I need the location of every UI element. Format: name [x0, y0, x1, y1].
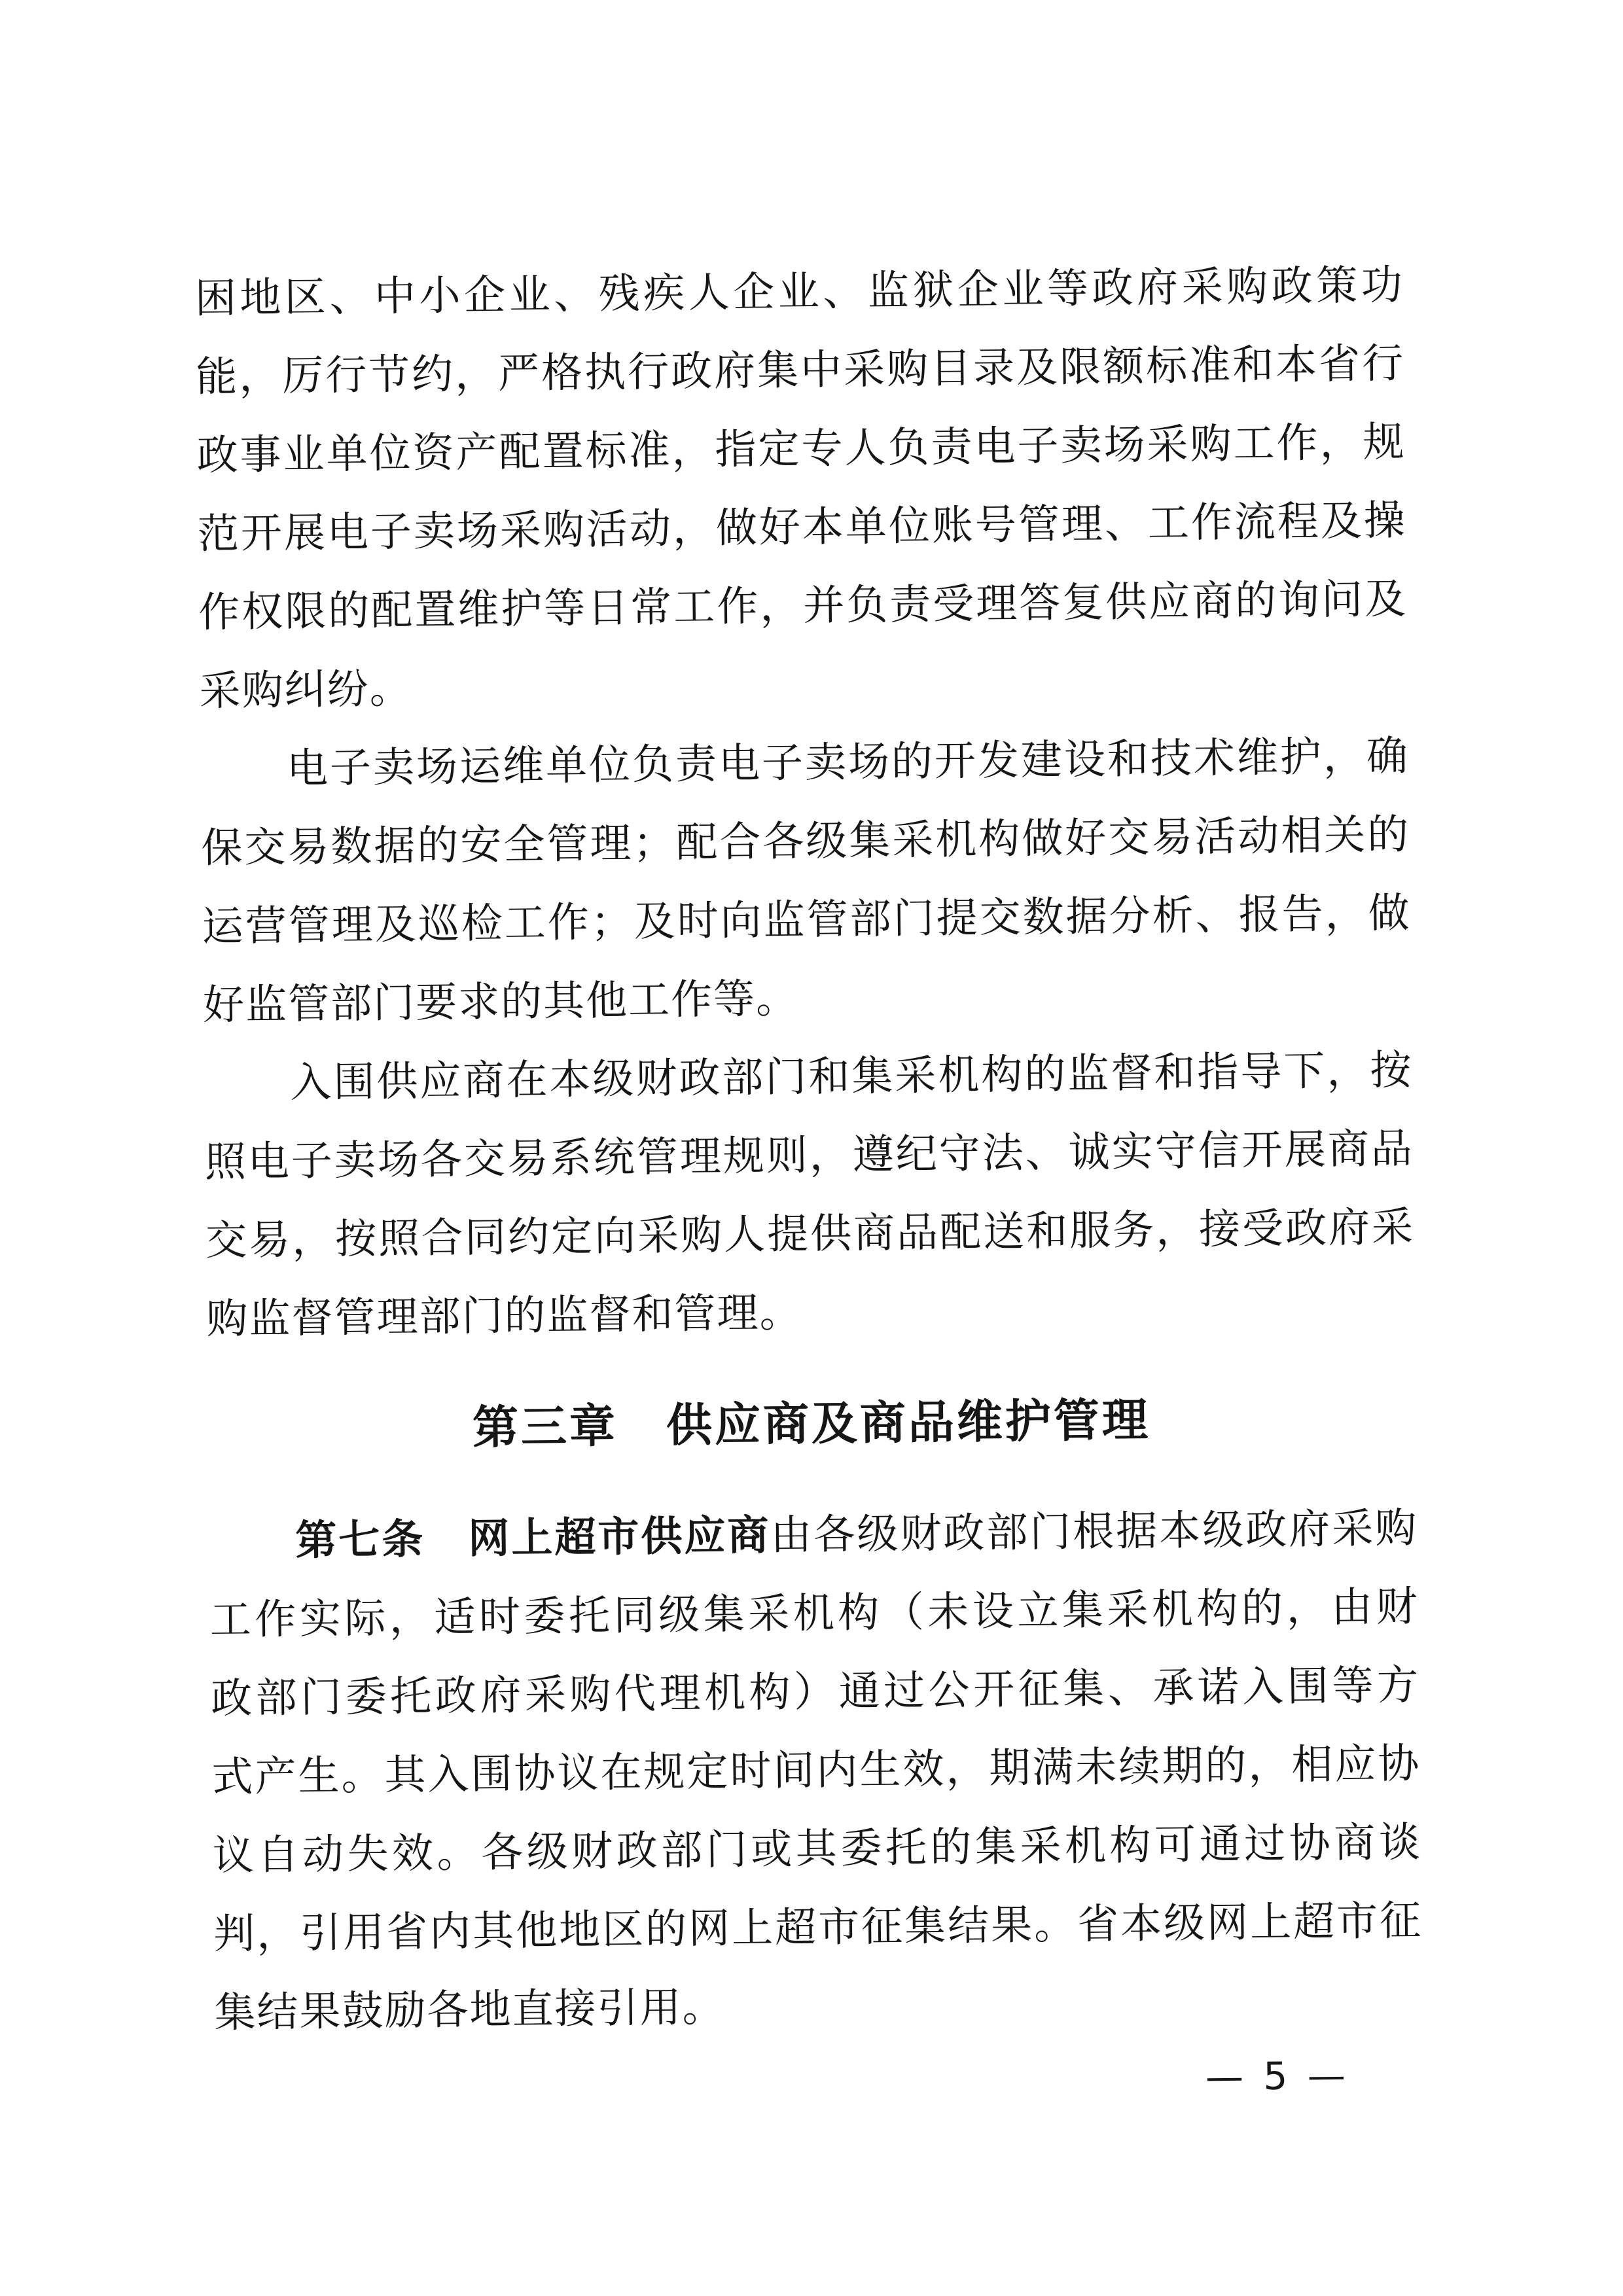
- body-line: 集结果鼓励各地直接引用。: [214, 1960, 1422, 2052]
- article-7-label: 第七条 网上超市供应商: [295, 1511, 771, 1564]
- body-line: 好监管部门要求的其他工作等。: [202, 953, 1410, 1045]
- body-line: 政事业单位资产配置标准，指定专人负责电子卖场采购工作，规: [196, 403, 1404, 495]
- body-line: 工作实际，适时委托同级集采机构（未设立集采机构的，由财: [209, 1567, 1418, 1659]
- body-line: 保交易数据的安全管理；配合各级集采机构做好交易活动相关的: [201, 796, 1409, 888]
- body-line: 式产生。其入围协议在规定时间内生效，期满未续期的，相应协: [211, 1724, 1419, 1816]
- body-line: 交易，按照合同约定向采购人提供商品配送和服务，接受政府采: [205, 1188, 1414, 1280]
- body-line: 运营管理及巡检工作；及时向监管部门提交数据分析、报告，做: [202, 874, 1410, 966]
- scanned-document-page: 困地区、中小企业、残疾人企业、监狱企业等政府采购政策功 能，厉行节约，严格执行政…: [0, 0, 1623, 2296]
- body-line: 电子卖场运维单位负责电子卖场的开发建设和技术维护，确: [200, 717, 1408, 809]
- page-number: — 5 —: [215, 2045, 1423, 2117]
- article-7-first-line-text: 由各级财政部门根据本级政府采购: [770, 1504, 1417, 1559]
- body-line: 作权限的配置维护等日常工作，并负责受理答复供应商的询问及: [198, 560, 1406, 652]
- body-line: 范开展电子卖场采购活动，做好本单位账号管理、工作流程及操: [197, 482, 1405, 574]
- article-7-first-line: 第七条 网上超市供应商由各级财政部门根据本级政府采购: [209, 1489, 1417, 1581]
- body-line: 购监督管理部门的监督和管理。: [206, 1267, 1414, 1359]
- body-line: 能，厉行节约，严格执行政府集中采购目录及限额标准和本省行: [196, 325, 1404, 417]
- document-body: 困地区、中小企业、残疾人企业、监狱企业等政府采购政策功 能，厉行节约，严格执行政…: [194, 246, 1423, 2118]
- body-line: 困地区、中小企业、残疾人企业、监狱企业等政府采购政策功: [194, 246, 1402, 338]
- body-line: 政部门委托政府采购代理机构）通过公开征集、承诺入围等方: [210, 1646, 1418, 1738]
- chapter-3-heading: 第三章 供应商及商品维护管理: [207, 1377, 1416, 1470]
- body-line: 照电子卖场各交易系统管理规则，遵纪守法、诚实守信开展商品: [204, 1110, 1412, 1202]
- body-line: 判，引用省内其他地区的网上超市征集结果。省本级网上超市征: [213, 1881, 1421, 1973]
- body-line: 入围供应商在本级财政部门和集采机构的监督和指导下，按: [204, 1031, 1412, 1123]
- body-line: 采购纠纷。: [199, 639, 1407, 731]
- body-line: 议自动失效。各级财政部门或其委托的集采机构可通过协商谈: [212, 1803, 1420, 1895]
